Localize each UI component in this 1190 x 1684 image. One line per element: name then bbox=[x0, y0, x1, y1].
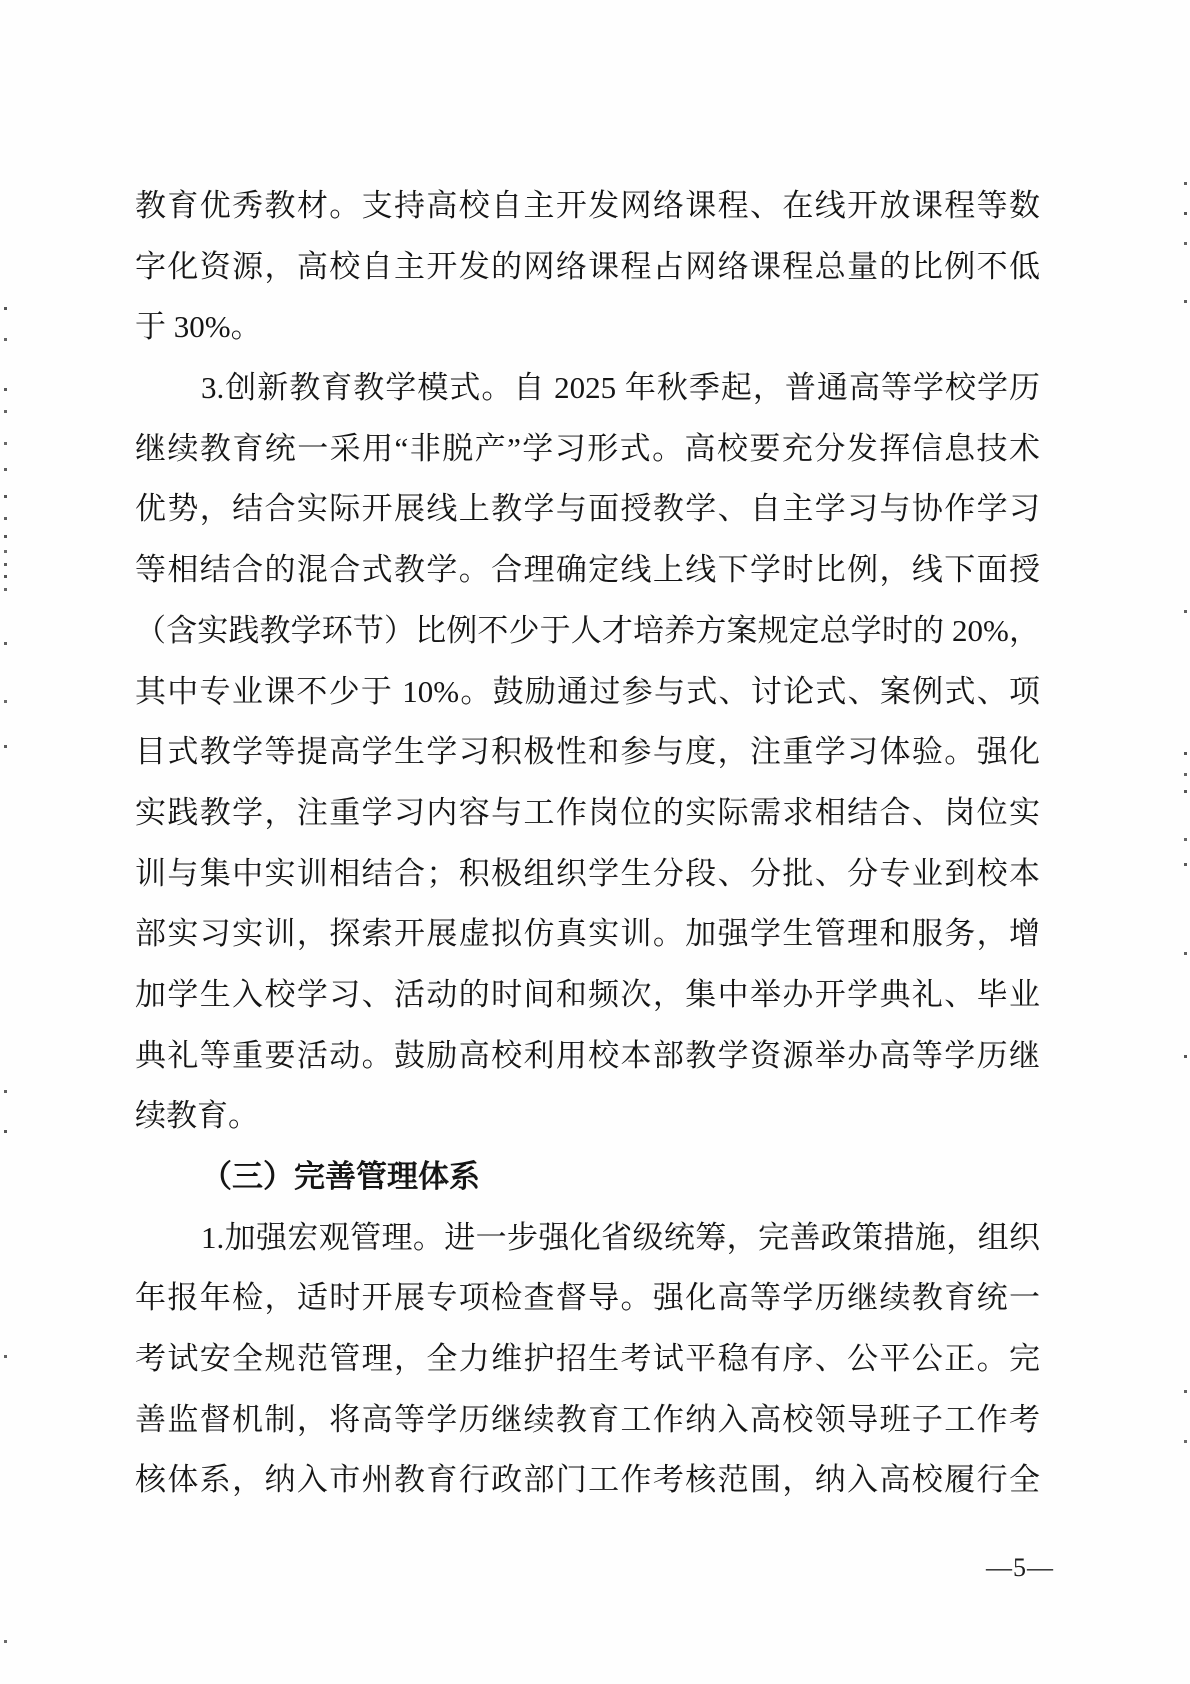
text-line: 典礼等重要活动。鼓励高校利用校本部教学资源举办高等学历继 bbox=[135, 1026, 1040, 1087]
text-line: 训与集中实训相结合；积极组织学生分段、分批、分专业到校本 bbox=[135, 844, 1040, 905]
text-line: 考试安全规范管理，全力维护招生考试平稳有序、公平公正。完 bbox=[135, 1329, 1040, 1390]
section-heading: （三）完善管理体系 bbox=[135, 1147, 1040, 1208]
text-line: 于 30%。 bbox=[135, 297, 1040, 358]
text-line: 其中专业课不少于 10%。鼓励通过参与式、讨论式、案例式、项 bbox=[135, 662, 1040, 723]
text-line: 字化资源，高校自主开发的网络课程占网络课程总量的比例不低 bbox=[135, 237, 1040, 298]
page-number: —5— bbox=[972, 1553, 1068, 1583]
text-line: 核体系，纳入市州教育行政部门工作考核范围，纳入高校履行全 bbox=[135, 1450, 1040, 1511]
text-line: 教育优秀教材。支持高校自主开发网络课程、在线开放课程等数 bbox=[135, 176, 1040, 237]
text-line: 加学生入校学习、活动的时间和频次，集中举办开学典礼、毕业 bbox=[135, 965, 1040, 1026]
scan-artifact-dots-right bbox=[1184, 0, 1187, 3]
text-line: 目式教学等提高学生学习积极性和参与度，注重学习体验。强化 bbox=[135, 722, 1040, 783]
scan-artifact-dots-left bbox=[4, 0, 7, 3]
text-line: 实践教学，注重学习内容与工作岗位的实际需求相结合、岗位实 bbox=[135, 783, 1040, 844]
text-line: （含实践教学环节）比例不少于人才培养方案规定总学时的 20%， bbox=[135, 601, 1040, 662]
text-line: 年报年检，适时开展专项检查督导。强化高等学历继续教育统一 bbox=[135, 1268, 1040, 1329]
text-line: 部实习实训，探索开展虚拟仿真实训。加强学生管理和服务，增 bbox=[135, 904, 1040, 965]
text-line: 善监督机制，将高等学历继续教育工作纳入高校领导班子工作考 bbox=[135, 1390, 1040, 1451]
text-line: 续教育。 bbox=[135, 1086, 1040, 1147]
text-line: 等相结合的混合式教学。合理确定线上线下学时比例，线下面授 bbox=[135, 540, 1040, 601]
document-body: 教育优秀教材。支持高校自主开发网络课程、在线开放课程等数 字化资源，高校自主开发… bbox=[135, 176, 1040, 1511]
text-line: 优势，结合实际开展线上教学与面授教学、自主学习与协作学习 bbox=[135, 479, 1040, 540]
text-line: 继续教育统一采用“非脱产”学习形式。高校要充分发挥信息技术 bbox=[135, 419, 1040, 480]
text-line: 1.加强宏观管理。进一步强化省级统筹，完善政策措施，组织 bbox=[135, 1208, 1040, 1269]
document-page: 教育优秀教材。支持高校自主开发网络课程、在线开放课程等数 字化资源，高校自主开发… bbox=[0, 0, 1190, 1684]
text-line: 3.创新教育教学模式。自 2025 年秋季起，普通高等学校学历 bbox=[135, 358, 1040, 419]
